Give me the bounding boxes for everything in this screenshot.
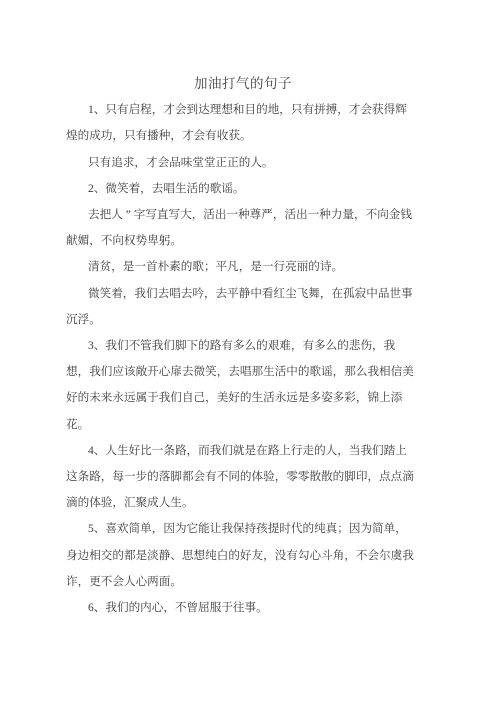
text-line: 清贫，是一首朴素的歌；平凡，是一行亮丽的诗。 xyxy=(66,254,420,280)
text-line: 这条路，每一步的落脚都会有不同的体验，零零散散的脚印，点点滴 xyxy=(66,464,420,490)
text-line: 滴的体验，汇聚成人生。 xyxy=(66,490,420,516)
text-line: 6、我们的内心，不曾屈服于往事。 xyxy=(66,595,420,621)
document-page: 加油打气的句子 1、只有启程，才会到达理想和目的地，只有拼搏，才会获得辉 煌的成… xyxy=(0,0,500,708)
text-line: 3、我们不管我们脚下的路有多么的艰难，有多么的悲伤，我 xyxy=(66,333,420,359)
text-line: 花。 xyxy=(66,412,420,438)
text-line: 只有追求，才会品味堂堂正正的人。 xyxy=(66,150,420,176)
text-line: 5、喜欢简单，因为它能让我保持孩提时代的纯真；因为简单， xyxy=(66,516,420,542)
text-line: 去把人 ” 字写直写大，活出一种尊严，活出一种力量，不向金钱 xyxy=(66,202,420,228)
document-body: 1、只有启程，才会到达理想和目的地，只有拼搏，才会获得辉 煌的成功，只有播种，才… xyxy=(66,97,420,621)
text-line: 献媚，不向权势卑躬。 xyxy=(66,228,420,254)
text-line: 沉浮。 xyxy=(66,307,420,333)
text-line: 想，我们应该敞开心扉去微笑，去唱那生活中的歌谣，那么我相信美 xyxy=(66,359,420,385)
text-line: 4、人生好比一条路，而我们就是在路上行走的人，当我们踏上 xyxy=(66,438,420,464)
text-line: 诈，更不会人心两面。 xyxy=(66,569,420,595)
text-line: 2、微笑着，去唱生活的歌谣。 xyxy=(66,176,420,202)
document-title: 加油打气的句子 xyxy=(66,71,420,97)
text-line: 微笑着，我们去唱去吟，去平静中看红尘飞舞，在孤寂中品世事 xyxy=(66,281,420,307)
text-line: 1、只有启程，才会到达理想和目的地，只有拼搏，才会获得辉 xyxy=(66,97,420,123)
text-line: 煌的成功，只有播种，才会有收获。 xyxy=(66,123,420,149)
text-line: 身边相交的都是淡静、思想纯白的好友，没有勾心斗角，不会尔虞我 xyxy=(66,543,420,569)
text-line: 好的未来永远属于我们自己，美好的生活永远是多姿多彩，锦上添 xyxy=(66,385,420,411)
